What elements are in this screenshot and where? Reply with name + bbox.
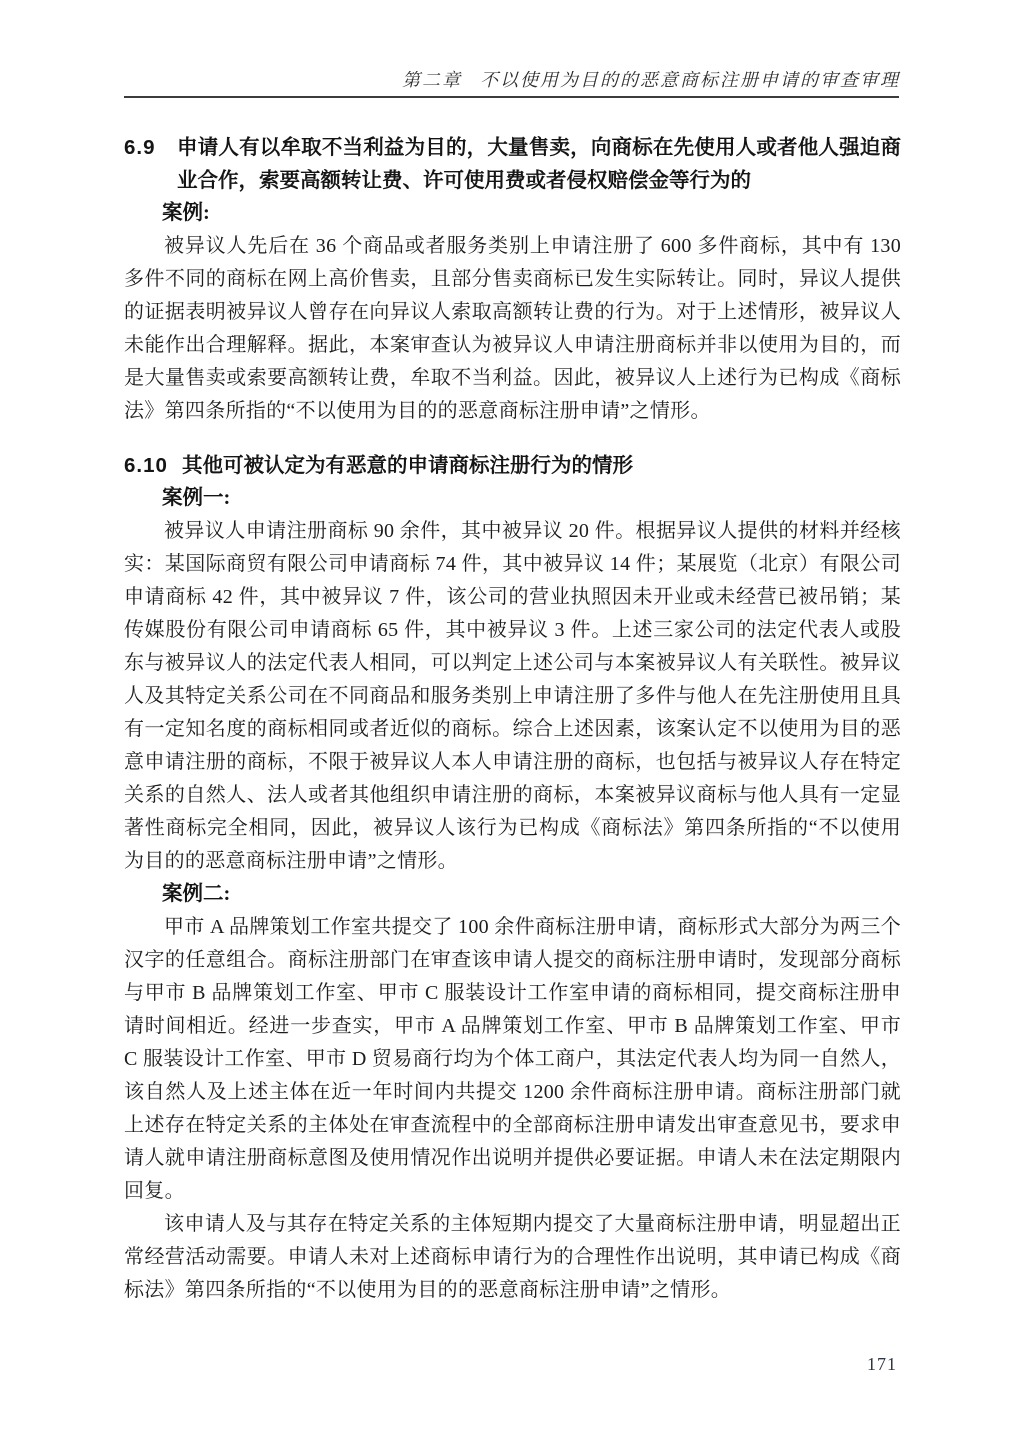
paragraph-6-10-case2: 甲市 A 品牌策划工作室共提交了 100 余件商标注册申请，商标形式大部分为两三… xyxy=(124,911,901,1208)
case-label-6-9: 案例: xyxy=(124,197,901,230)
header-chapter-label: 第二章 xyxy=(402,70,462,90)
paragraph-6-9-case: 被异议人先后在 36 个商品或者服务类别上申请注册了 600 多件商标，其中有 … xyxy=(124,230,901,428)
section-title-6-9: 申请人有以牟取不当利益为目的，大量售卖，向商标在先使用人或者他人强迫商业合作，索… xyxy=(177,131,901,197)
section-heading-6-10: 6.10 其他可被认定为有恶意的申请商标注册行为的情形 xyxy=(124,449,901,482)
section-number-6-10: 6.10 xyxy=(124,449,182,482)
header-chapter-title: 不以使用为目的的恶意商标注册申请的审查审理 xyxy=(480,70,900,90)
case-label-6-10-case1: 案例一: xyxy=(124,482,901,515)
case-label-6-10-case2: 案例二: xyxy=(124,878,901,911)
page-body: 6.9 申请人有以牟取不当利益为目的，大量售卖，向商标在先使用人或者他人强迫商业… xyxy=(124,131,901,1307)
section-number-6-9: 6.9 xyxy=(124,131,177,164)
document-page: 第二章不以使用为目的的恶意商标注册申请的审查审理 6.9 申请人有以牟取不当利益… xyxy=(0,0,1024,1439)
paragraph-6-10-case1: 被异议人申请注册商标 90 余件，其中被异议 20 件。根据异议人提供的材料并经… xyxy=(124,515,901,878)
section-heading-6-9: 6.9 申请人有以牟取不当利益为目的，大量售卖，向商标在先使用人或者他人强迫商业… xyxy=(124,131,901,197)
section-title-6-10: 其他可被认定为有恶意的申请商标注册行为的情形 xyxy=(182,449,901,482)
page-number: 171 xyxy=(867,1354,897,1375)
running-header: 第二章不以使用为目的的恶意商标注册申请的审查审理 xyxy=(124,66,900,92)
paragraph-6-10-conclusion: 该申请人及与其存在特定关系的主体短期内提交了大量商标注册申请，明显超出正常经营活… xyxy=(124,1208,901,1307)
header-rule xyxy=(124,96,899,98)
